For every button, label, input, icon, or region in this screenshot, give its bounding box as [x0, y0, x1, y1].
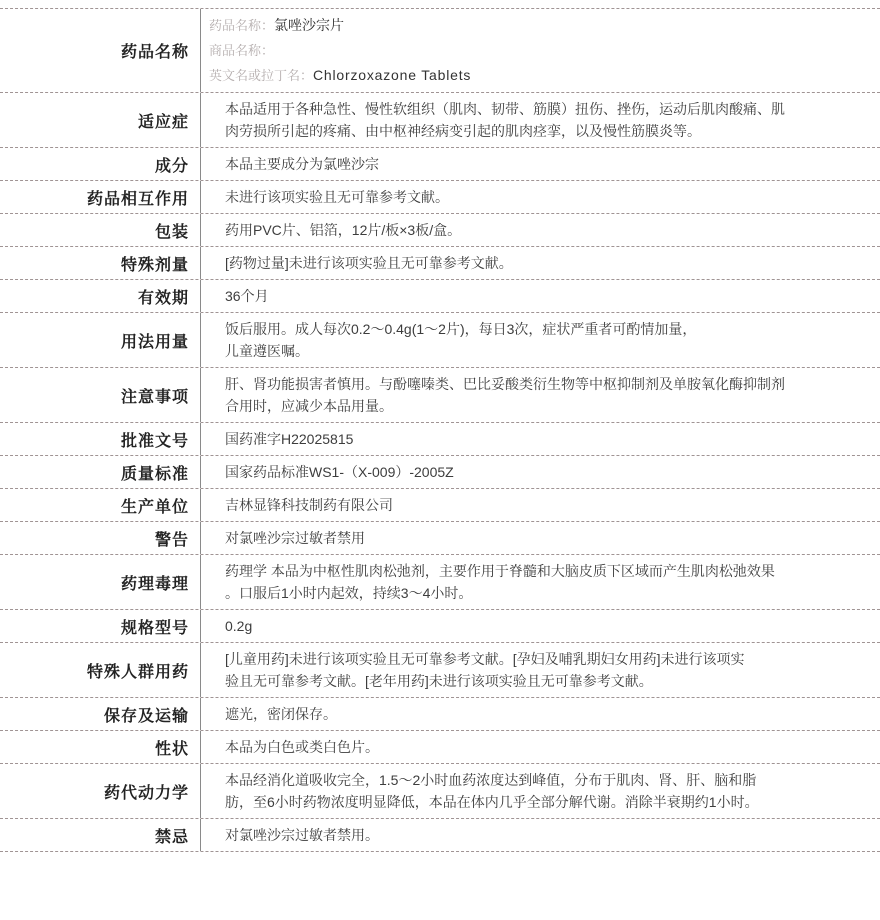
row-label: 注意事项 — [0, 368, 200, 422]
trade-name-field: 商品名称： — [209, 38, 274, 63]
table-row: 包装 药用PVC片、铝箔，12片/板×3板/盒。 — [0, 213, 880, 246]
table-row: 禁忌 对氯唑沙宗过敏者禁用。 — [0, 818, 880, 851]
table-row: 规格型号 0.2g — [0, 609, 880, 642]
row-value-text: 肝、肾功能损害者慎用。与酚噻嗪类、巴比妥酸类衍生物等中枢抑制剂及单胺氧化酶抑制剂… — [225, 373, 785, 417]
table-row: 用法用量 饭后服用。成人每次0.2～0.4g(1～2片)，每日3次，症状严重者可… — [0, 312, 880, 367]
row-value: 药理学 本品为中枢性肌肉松弛剂，主要作用于脊髓和大脑皮质下区域而产生肌肉松弛效果… — [200, 555, 880, 609]
table-row: 药品相互作用 未进行该项实验且无可靠参考文献。 — [0, 180, 880, 213]
row-value-text: 本品经消化道吸收完全，1.5～2小时血药浓度达到峰值，分布于肌肉、肾、肝、脑和脂… — [225, 769, 759, 813]
row-value-text: 对氯唑沙宗过敏者禁用 — [225, 527, 365, 549]
field-value: Chlorzoxazone Tablets — [313, 67, 471, 83]
row-value: 本品主要成分为氯唑沙宗 — [200, 148, 880, 180]
row-value-text: 药用PVC片、铝箔，12片/板×3板/盒。 — [225, 219, 461, 241]
field-label: 商品名称： — [209, 43, 274, 58]
row-value: 对氯唑沙宗过敏者禁用。 — [200, 819, 880, 851]
row-value-text: [药物过量]未进行该项实验且无可靠参考文献。 — [225, 252, 513, 274]
row-value-text: 对氯唑沙宗过敏者禁用。 — [225, 824, 379, 846]
row-label: 特殊人群用药 — [0, 643, 200, 697]
row-value-text: 0.2g — [225, 615, 252, 637]
row-value: [儿童用药]未进行该项实验且无可靠参考文献。[孕妇及哺乳期妇女用药]未进行该项实… — [200, 643, 880, 697]
row-value: 本品经消化道吸收完全，1.5～2小时血药浓度达到峰值，分布于肌肉、肾、肝、脑和脂… — [200, 764, 880, 818]
row-value: 本品适用于各种急性、慢性软组织（肌肉、韧带、筋膜）扭伤、挫伤，运动后肌肉酸痛、肌… — [200, 93, 880, 147]
row-value: 国药准字H22025815 — [200, 423, 880, 455]
row-label: 警告 — [0, 522, 200, 554]
row-label: 质量标准 — [0, 456, 200, 488]
row-value: 遮光，密闭保存。 — [200, 698, 880, 730]
row-value: 对氯唑沙宗过敏者禁用 — [200, 522, 880, 554]
table-row: 批准文号 国药准字H22025815 — [0, 422, 880, 455]
table-rows: 适应症 本品适用于各种急性、慢性软组织（肌肉、韧带、筋膜）扭伤、挫伤，运动后肌肉… — [0, 92, 880, 851]
row-value-text: [儿童用药]未进行该项实验且无可靠参考文献。[孕妇及哺乳期妇女用药]未进行该项实… — [225, 648, 745, 692]
english-name-field: 英文名或拉丁名：Chlorzoxazone Tablets — [209, 63, 471, 88]
table-row: 注意事项 肝、肾功能损害者慎用。与酚噻嗪类、巴比妥酸类衍生物等中枢抑制剂及单胺氧… — [0, 367, 880, 422]
row-label: 药理毒理 — [0, 555, 200, 609]
row-value: 药品名称：氯唑沙宗片 商品名称： 英文名或拉丁名：Chlorzoxazone T… — [200, 9, 880, 92]
row-value-text: 本品适用于各种急性、慢性软组织（肌肉、韧带、筋膜）扭伤、挫伤，运动后肌肉酸痛、肌… — [225, 98, 785, 142]
row-label: 成分 — [0, 148, 200, 180]
row-label: 规格型号 — [0, 610, 200, 642]
row-value: 国家药品标准WS1-（X-009）-2005Z — [200, 456, 880, 488]
table-row: 有效期 36个月 — [0, 279, 880, 312]
table-row: 药代动力学 本品经消化道吸收完全，1.5～2小时血药浓度达到峰值，分布于肌肉、肾… — [0, 763, 880, 818]
row-value-text: 遮光，密闭保存。 — [225, 703, 337, 725]
row-label: 性状 — [0, 731, 200, 763]
row-label: 用法用量 — [0, 313, 200, 367]
row-value-text: 本品主要成分为氯唑沙宗 — [225, 153, 379, 175]
row-value: 未进行该项实验且无可靠参考文献。 — [200, 181, 880, 213]
table-row: 成分 本品主要成分为氯唑沙宗 — [0, 147, 880, 180]
table-row: 生产单位 吉林显锋科技制药有限公司 — [0, 488, 880, 521]
row-label: 药代动力学 — [0, 764, 200, 818]
row-value-text: 未进行该项实验且无可靠参考文献。 — [225, 186, 449, 208]
row-value-text: 国家药品标准WS1-（X-009）-2005Z — [225, 461, 454, 483]
row-label: 禁忌 — [0, 819, 200, 851]
row-label: 药品名称 — [0, 9, 200, 92]
field-value: 氯唑沙宗片 — [274, 17, 344, 33]
row-value-text: 国药准字H22025815 — [225, 428, 353, 450]
table-row: 适应症 本品适用于各种急性、慢性软组织（肌肉、韧带、筋膜）扭伤、挫伤，运动后肌肉… — [0, 92, 880, 147]
drug-name-field: 药品名称：氯唑沙宗片 — [209, 13, 344, 38]
row-value: 吉林显锋科技制药有限公司 — [200, 489, 880, 521]
row-value-text: 药理学 本品为中枢性肌肉松弛剂，主要作用于脊髓和大脑皮质下区域而产生肌肉松弛效果… — [225, 560, 775, 604]
row-label: 适应症 — [0, 93, 200, 147]
row-value: [药物过量]未进行该项实验且无可靠参考文献。 — [200, 247, 880, 279]
row-label: 有效期 — [0, 280, 200, 312]
row-value-text: 饭后服用。成人每次0.2～0.4g(1～2片)，每日3次，症状严重者可酌情加量，… — [225, 318, 696, 362]
row-value: 饭后服用。成人每次0.2～0.4g(1～2片)，每日3次，症状严重者可酌情加量，… — [200, 313, 880, 367]
field-label: 药品名称： — [209, 18, 274, 33]
row-value-text: 36个月 — [225, 285, 269, 307]
table-row: 特殊剂量 [药物过量]未进行该项实验且无可靠参考文献。 — [0, 246, 880, 279]
table-row: 性状 本品为白色或类白色片。 — [0, 730, 880, 763]
drug-info-table: 药品名称 药品名称：氯唑沙宗片 商品名称： 英文名或拉丁名：Chlorzoxaz… — [0, 8, 880, 852]
table-row-drug-name: 药品名称 药品名称：氯唑沙宗片 商品名称： 英文名或拉丁名：Chlorzoxaz… — [0, 8, 880, 92]
table-row: 特殊人群用药 [儿童用药]未进行该项实验且无可靠参考文献。[孕妇及哺乳期妇女用药… — [0, 642, 880, 697]
row-label: 保存及运输 — [0, 698, 200, 730]
row-value: 肝、肾功能损害者慎用。与酚噻嗪类、巴比妥酸类衍生物等中枢抑制剂及单胺氧化酶抑制剂… — [200, 368, 880, 422]
table-row: 质量标准 国家药品标准WS1-（X-009）-2005Z — [0, 455, 880, 488]
row-label: 特殊剂量 — [0, 247, 200, 279]
field-label: 英文名或拉丁名： — [209, 68, 313, 83]
row-value-text: 吉林显锋科技制药有限公司 — [225, 494, 393, 516]
row-label: 生产单位 — [0, 489, 200, 521]
row-label: 包装 — [0, 214, 200, 246]
table-row: 警告 对氯唑沙宗过敏者禁用 — [0, 521, 880, 554]
table-row: 药理毒理 药理学 本品为中枢性肌肉松弛剂，主要作用于脊髓和大脑皮质下区域而产生肌… — [0, 554, 880, 609]
row-label: 批准文号 — [0, 423, 200, 455]
row-value: 本品为白色或类白色片。 — [200, 731, 880, 763]
row-value-text: 本品为白色或类白色片。 — [225, 736, 379, 758]
row-value: 药用PVC片、铝箔，12片/板×3板/盒。 — [200, 214, 880, 246]
row-label: 药品相互作用 — [0, 181, 200, 213]
row-value: 36个月 — [200, 280, 880, 312]
row-value: 0.2g — [200, 610, 880, 642]
table-row: 保存及运输 遮光，密闭保存。 — [0, 697, 880, 730]
